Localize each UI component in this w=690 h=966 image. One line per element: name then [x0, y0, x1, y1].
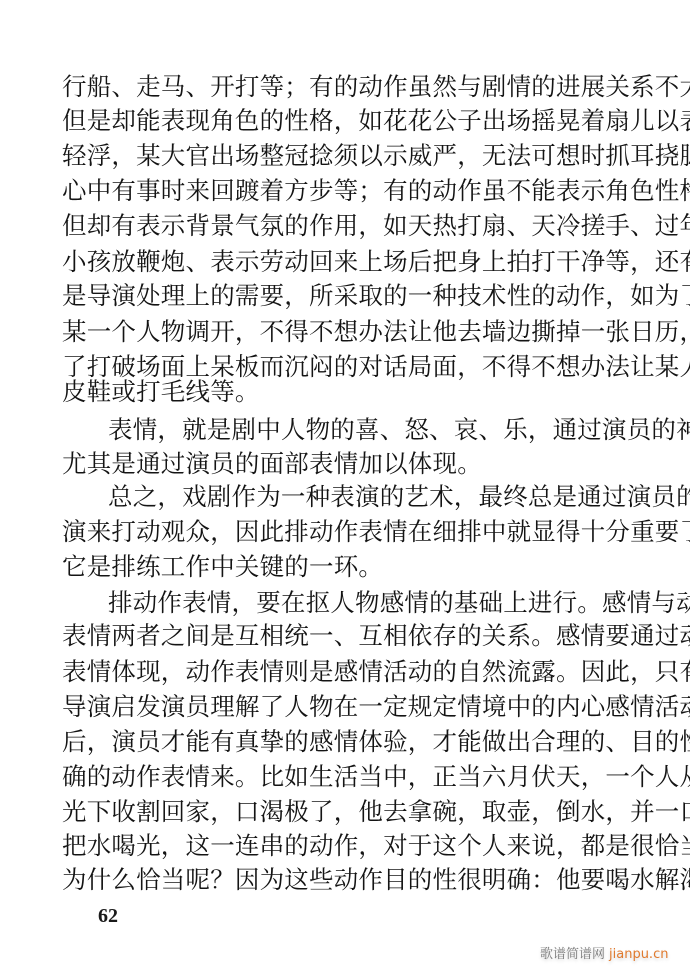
text-line: 把水喝光，这一连串的动作，对于这个人来说，都是很恰当的。: [62, 831, 622, 861]
text-line: 它是排练工作中关键的一环。: [62, 552, 622, 582]
text-line: 为什么恰当呢？因为这些动作目的性很明确：他要喝水解渴。: [62, 865, 622, 895]
text-line: 但却有表示背景气氛的作用，如天热打扇、天冷搓手、过年时: [62, 211, 622, 241]
text-line: 总之，戏剧作为一种表演的艺术，最终总是通过演员的表: [108, 482, 622, 512]
watermark-domain: jianpu.cn: [609, 947, 668, 962]
text-line: 皮鞋或打毛线等。: [62, 377, 622, 407]
page-number: 62: [98, 905, 118, 928]
text-line: 行船、走马、开打等；有的动作虽然与剧情的进展关系不大，: [62, 72, 622, 102]
text-line: 尤其是通过演员的面部表情加以体现。: [62, 449, 622, 479]
text-line: 是导演处理上的需要，所采取的一种技术性的动作，如为了把: [62, 281, 622, 311]
text-line: 轻浮，某大官出场整冠捻须以示威严，无法可想时抓耳挠腮，: [62, 141, 622, 171]
text-line: 表情体现，动作表情则是感情活动的自然流露。因此，只有在: [62, 657, 622, 687]
watermark-site-name: 歌谱简谱网: [540, 947, 605, 962]
text-line: 演来打动观众，因此排动作表情在细排中就显得十分重要了，: [62, 517, 622, 547]
text-line: 表情两者之间是互相统一、互相依存的关系。感情要通过动作: [62, 621, 622, 651]
book-page: 行船、走马、开打等；有的动作虽然与剧情的进展关系不大，但是却能表现角色的性格，如…: [0, 0, 690, 966]
text-line: 排动作表情，要在抠人物感情的基础上进行。感情与动作: [108, 588, 622, 618]
text-line: 后，演员才能有真挚的感情体验，才能做出合理的、目的性明: [62, 727, 622, 757]
text-line: 心中有事时来回踱着方步等；有的动作虽不能表示角色性格，: [62, 176, 622, 206]
text-line: 导演启发演员理解了人物在一定规定情境中的内心感情活动之: [62, 692, 622, 722]
text-line: 确的动作表情来。比如生活当中，正当六月伏天，一个人从阳: [62, 762, 622, 792]
text-line: 小孩放鞭炮、表示劳动回来上场后把身上拍打干净等，还有就: [62, 247, 622, 277]
text-line: 光下收割回家，口渴极了，他去拿碗，取壶，倒水，并一口气: [62, 797, 622, 827]
text-line: 某一个人物调开，不得不想办法让他去墙边撕掉一张日历，为: [62, 317, 622, 347]
watermark: 歌谱简谱网jianpu.cn: [540, 943, 668, 962]
text-line: 表情，就是剧中人物的喜、怒、哀、乐，通过演员的神态，: [108, 415, 622, 445]
text-line: 但是却能表现角色的性格，如花花公子出场摇晃着扇儿以表示: [62, 106, 622, 136]
